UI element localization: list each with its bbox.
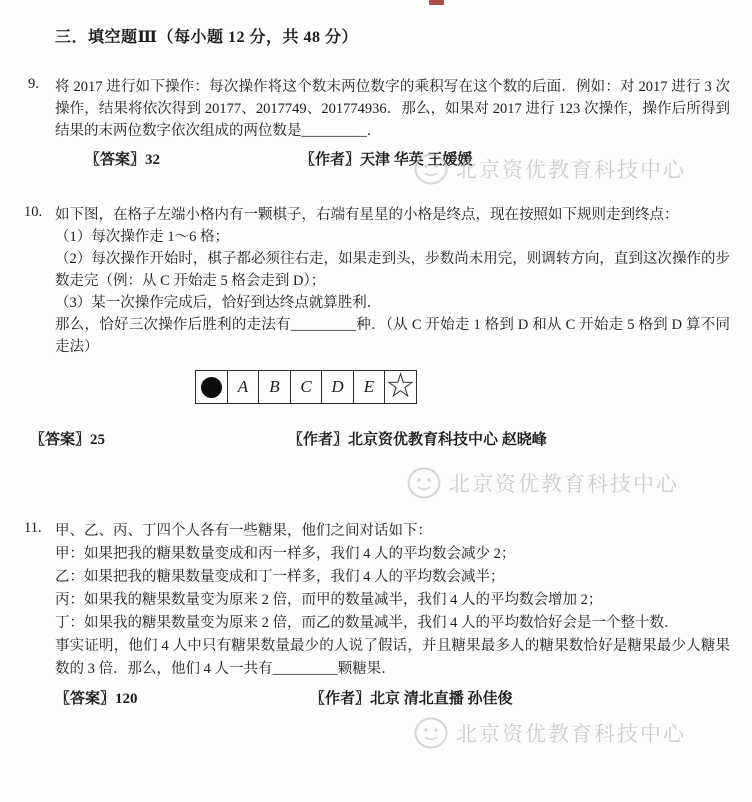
grid-cell-d: D bbox=[321, 370, 354, 404]
question-number: 9. bbox=[28, 76, 39, 93]
dialog-jia: 甲：如果把我的糖果数量变成和丙一样多，我们 4 人的平均数会减少 2； bbox=[55, 543, 730, 566]
piece-icon bbox=[201, 377, 222, 398]
answer-label: 〖答案〗 bbox=[55, 691, 115, 707]
answer-row: 〖答案〗25 〖作者〗北京资优教育科技中心 赵晓峰 bbox=[0, 428, 752, 454]
dialog-bing: 丙：如果我的糖果数量变为原来 2 倍，而甲的数量减半，我们 4 人的平均数会增加… bbox=[55, 589, 730, 612]
question-text: 那么，恰好三次操作后胜利的走法有_________种．（从 C 开始走 1 格到… bbox=[55, 314, 730, 358]
question-number: 10. bbox=[24, 204, 42, 221]
grid-cell-a: A bbox=[227, 370, 260, 404]
question-text: 甲、乙、丙、丁四个人各有一些糖果，他们之间对话如下： bbox=[55, 520, 730, 543]
grid-cell-c: C bbox=[290, 370, 323, 404]
question-text: 事实证明，他们 4 人中只有糖果数量最少的人说了假话，并且糖果最多人的糖果数恰好… bbox=[55, 635, 730, 681]
question-text: 如下图，在格子左端小格内有一颗棋子，右端有星星的小格是终点，现在按照如下规则走到… bbox=[55, 204, 730, 226]
watermark-logo-icon bbox=[406, 466, 442, 500]
question-rule-1: （1）每次操作走 1～6 格； bbox=[55, 226, 730, 248]
watermark-logo-icon bbox=[413, 716, 449, 750]
answer-row: 〖答案〗120 〖作者〗北京 清北直播 孙佳俊 bbox=[0, 687, 752, 713]
grid-cell-start bbox=[195, 370, 228, 404]
answer-label: 〖答案〗 bbox=[85, 152, 145, 168]
question-11-block: 11. 甲、乙、丙、丁四个人各有一些糖果，他们之间对话如下： 甲：如果把我的糖果… bbox=[0, 520, 752, 713]
grid-cell-b: B bbox=[258, 370, 291, 404]
document-page: 三．填空题Ⅲ（每小题 12 分，共 48 分） 9. 将 2017 进行如下操作… bbox=[0, 0, 752, 802]
watermark-text: 北京资优教育科技中心 bbox=[456, 718, 686, 748]
grid-cell-e: E bbox=[353, 370, 386, 404]
author-value: 〖作者〗北京 清北直播 孙佳俊 bbox=[310, 687, 513, 708]
question-rule-3: （3）某一次操作完成后，恰好到达终点就算胜利． bbox=[55, 292, 730, 314]
question-number: 11. bbox=[24, 520, 42, 537]
answer-value: 〖答案〗120 bbox=[55, 687, 138, 708]
author-label: 〖作者〗 bbox=[300, 152, 360, 168]
dialog-ding: 丁：如果我的糖果数量变为原来 2 倍，而乙的数量减半，我们 4 人的平均数恰好会… bbox=[55, 612, 730, 635]
watermark: 北京资优教育科技中心 bbox=[413, 716, 686, 750]
question-10-block: 10. 如下图，在格子左端小格内有一颗棋子，右端有星星的小格是终点，现在按照如下… bbox=[0, 204, 752, 454]
author-value: 〖作者〗北京资优教育科技中心 赵晓峰 bbox=[288, 428, 547, 449]
answer-label: 〖答案〗 bbox=[30, 432, 90, 448]
author-label: 〖作者〗 bbox=[288, 432, 348, 448]
question-text: 将 2017 进行如下操作：每次操作将这个数末两位数字的乘积写在这个数的后面．例… bbox=[55, 76, 730, 142]
grid-figure: A B C D E ☆ bbox=[195, 370, 730, 404]
answer-row: 〖答案〗32 〖作者〗天津 华英 王媛媛 bbox=[0, 148, 752, 174]
red-artifact-mark bbox=[429, 0, 444, 5]
answer-value: 〖答案〗25 bbox=[30, 428, 105, 449]
dialog-yi: 乙：如果把我的糖果数量变成和丁一样多，我们 4 人的平均数会减半； bbox=[55, 566, 730, 589]
watermark-text: 北京资优教育科技中心 bbox=[449, 468, 679, 498]
author-label: 〖作者〗 bbox=[310, 691, 370, 707]
answer-value: 〖答案〗32 bbox=[85, 148, 160, 169]
author-value: 〖作者〗天津 华英 王媛媛 bbox=[300, 148, 473, 169]
watermark: 北京资优教育科技中心 bbox=[406, 466, 679, 500]
section-title: 三．填空题Ⅲ（每小题 12 分，共 48 分） bbox=[55, 24, 358, 47]
star-icon: ☆ bbox=[384, 370, 417, 404]
question-rule-2: （2）每次操作开始时，棋子都必须往右走，如果走到头，步数尚未用完，则调转方向，直… bbox=[55, 248, 730, 292]
question-9-block: 9. 将 2017 进行如下操作：每次操作将这个数末两位数字的乘积写在这个数的后… bbox=[0, 76, 752, 174]
